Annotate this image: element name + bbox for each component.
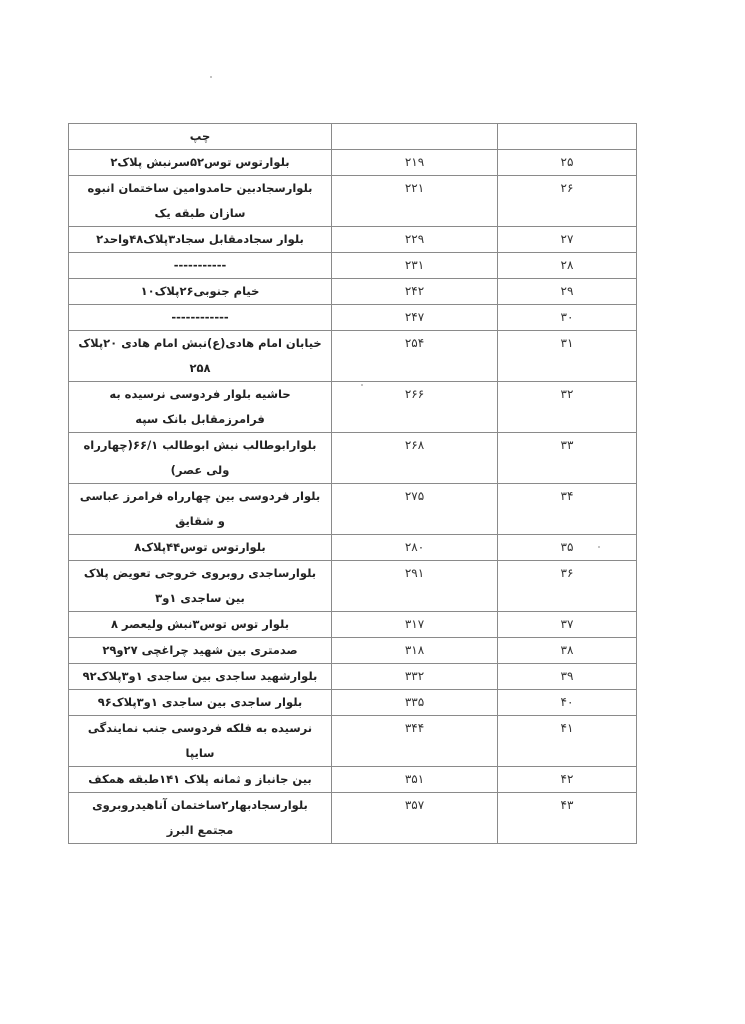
code-cell: ۲۲۹ xyxy=(332,227,498,253)
row-number-cell: ۴۳ xyxy=(498,793,637,844)
address-table: چپ ۲۵ ۲۱۹ بلوارتوس توس۵۲سرنبش پلاک۲ ۲۶ ۲… xyxy=(68,123,637,844)
row-number-cell: ۲۵ xyxy=(498,150,637,176)
address-cell: ----------- xyxy=(69,253,332,279)
address-cell: چپ xyxy=(69,124,332,150)
address-cell: بلوار سجادمقابل سجاد۳پلاک۴۸واحد۲ xyxy=(69,227,332,253)
code-cell xyxy=(332,124,498,150)
table-row: ۴۳ ۳۵۷ بلوارسجادبهار۲ساختمان آناهیدروبرو… xyxy=(69,793,637,844)
table-row: ۳۳ ۲۶۸ بلوارابوطالب نبش ابوطالب ۶۶/۱(چها… xyxy=(69,433,637,484)
table-row: ۳۵ ۲۸۰ بلوارتوس توس۴۴پلاک۸ xyxy=(69,535,637,561)
code-cell: ۳۱۸ xyxy=(332,638,498,664)
row-number-cell: ۳۹ xyxy=(498,664,637,690)
address-cell: نرسیده به فلکه فردوسی جنب نمایندگی سایپا xyxy=(69,716,332,767)
address-cell: خیام جنوبی۲۶پلاک۱۰ xyxy=(69,279,332,305)
code-cell: ۲۳۱ xyxy=(332,253,498,279)
code-cell: ۲۲۱ xyxy=(332,176,498,227)
address-cell: بلوار توس توس۳نبش ولیعصر ۸ xyxy=(69,612,332,638)
row-number-cell: ۳۳ xyxy=(498,433,637,484)
code-cell: ۲۵۴ xyxy=(332,331,498,382)
address-cell: بلوارساجدی روبروی خروجی تعویض پلاک بین س… xyxy=(69,561,332,612)
code-cell: ۳۱۷ xyxy=(332,612,498,638)
code-cell: ۳۴۴ xyxy=(332,716,498,767)
table-row: ۳۲ ۲۶۶ حاشیه بلوار فردوسی نرسیده به فرام… xyxy=(69,382,637,433)
code-cell: ۲۶۶ xyxy=(332,382,498,433)
scan-speck xyxy=(210,76,212,78)
address-cell: صدمتری بین شهید چراغچی ۲۷و۲۹ xyxy=(69,638,332,664)
table-row: ۳۶ ۲۹۱ بلوارساجدی روبروی خروجی تعویض پلا… xyxy=(69,561,637,612)
table-row: چپ xyxy=(69,124,637,150)
address-cell: بین جانباز و ثمانه پلاک ۱۴۱طبقه همکف xyxy=(69,767,332,793)
row-number-cell: ۳۲ xyxy=(498,382,637,433)
code-cell: ۳۵۱ xyxy=(332,767,498,793)
code-cell: ۲۱۹ xyxy=(332,150,498,176)
table-row: ۳۹ ۳۳۲ بلوارشهید ساجدی بین ساجدی ۱و۳پلاک… xyxy=(69,664,637,690)
table-row: ۴۱ ۳۴۴ نرسیده به فلکه فردوسی جنب نمایندگ… xyxy=(69,716,637,767)
table-row: ۲۶ ۲۲۱ بلوارسجادبین حامدوامین ساختمان ان… xyxy=(69,176,637,227)
address-table-body: چپ ۲۵ ۲۱۹ بلوارتوس توس۵۲سرنبش پلاک۲ ۲۶ ۲… xyxy=(69,124,637,844)
row-number-cell: ۴۰ xyxy=(498,690,637,716)
address-cell: بلوارسجادبهار۲ساختمان آناهیدروبروی مجتمع… xyxy=(69,793,332,844)
row-number-cell: ۳۰ xyxy=(498,305,637,331)
address-cell: بلوار فردوسی بین چهارراه فرامرز عباسی و … xyxy=(69,484,332,535)
code-cell: ۲۴۲ xyxy=(332,279,498,305)
row-number-cell: ۴۲ xyxy=(498,767,637,793)
scanned-page: چپ ۲۵ ۲۱۹ بلوارتوس توس۵۲سرنبش پلاک۲ ۲۶ ۲… xyxy=(0,0,745,1024)
code-cell: ۲۷۵ xyxy=(332,484,498,535)
table-row: ۴۰ ۳۳۵ بلوار ساجدی بین ساجدی ۱و۳پلاک۹۶ xyxy=(69,690,637,716)
code-cell: ۲۹۱ xyxy=(332,561,498,612)
table-row: ۳۸ ۳۱۸ صدمتری بین شهید چراغچی ۲۷و۲۹ xyxy=(69,638,637,664)
table-row: ۳۱ ۲۵۴ خیابان امام هادی(ع)نبش امام هادی … xyxy=(69,331,637,382)
table-row: ۲۹ ۲۴۲ خیام جنوبی۲۶پلاک۱۰ xyxy=(69,279,637,305)
row-number-cell: ۳۷ xyxy=(498,612,637,638)
table-row: ۳۴ ۲۷۵ بلوار فردوسی بین چهارراه فرامرز ع… xyxy=(69,484,637,535)
row-number-cell: ۲۸ xyxy=(498,253,637,279)
row-number-cell xyxy=(498,124,637,150)
code-cell: ۲۸۰ xyxy=(332,535,498,561)
row-number-cell: ۳۱ xyxy=(498,331,637,382)
table-row: ۲۸ ۲۳۱ ----------- xyxy=(69,253,637,279)
address-cell: ------------ xyxy=(69,305,332,331)
address-cell: بلوارابوطالب نبش ابوطالب ۶۶/۱(چهارراه ول… xyxy=(69,433,332,484)
table-row: ۳۷ ۳۱۷ بلوار توس توس۳نبش ولیعصر ۸ xyxy=(69,612,637,638)
code-cell: ۳۳۲ xyxy=(332,664,498,690)
table-row: ۲۵ ۲۱۹ بلوارتوس توس۵۲سرنبش پلاک۲ xyxy=(69,150,637,176)
row-number-cell: ۳۶ xyxy=(498,561,637,612)
table-row: ۴۲ ۳۵۱ بین جانباز و ثمانه پلاک ۱۴۱طبقه ه… xyxy=(69,767,637,793)
row-number-cell: ۲۶ xyxy=(498,176,637,227)
address-cell: بلوارسجادبین حامدوامین ساختمان انبوه ساز… xyxy=(69,176,332,227)
row-number-cell: ۳۸ xyxy=(498,638,637,664)
row-number-cell: ۲۹ xyxy=(498,279,637,305)
code-cell: ۳۳۵ xyxy=(332,690,498,716)
address-cell: خیابان امام هادی(ع)نبش امام هادی ۲۰پلاک … xyxy=(69,331,332,382)
address-cell: بلوارتوس توس۴۴پلاک۸ xyxy=(69,535,332,561)
address-cell: بلوارتوس توس۵۲سرنبش پلاک۲ xyxy=(69,150,332,176)
address-cell: بلوارشهید ساجدی بین ساجدی ۱و۳پلاک۹۲ xyxy=(69,664,332,690)
code-cell: ۲۴۷ xyxy=(332,305,498,331)
row-number-cell: ۲۷ xyxy=(498,227,637,253)
row-number-cell: ۳۴ xyxy=(498,484,637,535)
table-row: ۲۷ ۲۲۹ بلوار سجادمقابل سجاد۳پلاک۴۸واحد۲ xyxy=(69,227,637,253)
address-cell: بلوار ساجدی بین ساجدی ۱و۳پلاک۹۶ xyxy=(69,690,332,716)
address-cell: حاشیه بلوار فردوسی نرسیده به فرامرزمقابل… xyxy=(69,382,332,433)
row-number-cell: ۳۵ xyxy=(498,535,637,561)
code-cell: ۲۶۸ xyxy=(332,433,498,484)
code-cell: ۳۵۷ xyxy=(332,793,498,844)
table-row: ۳۰ ۲۴۷ ------------ xyxy=(69,305,637,331)
row-number-cell: ۴۱ xyxy=(498,716,637,767)
